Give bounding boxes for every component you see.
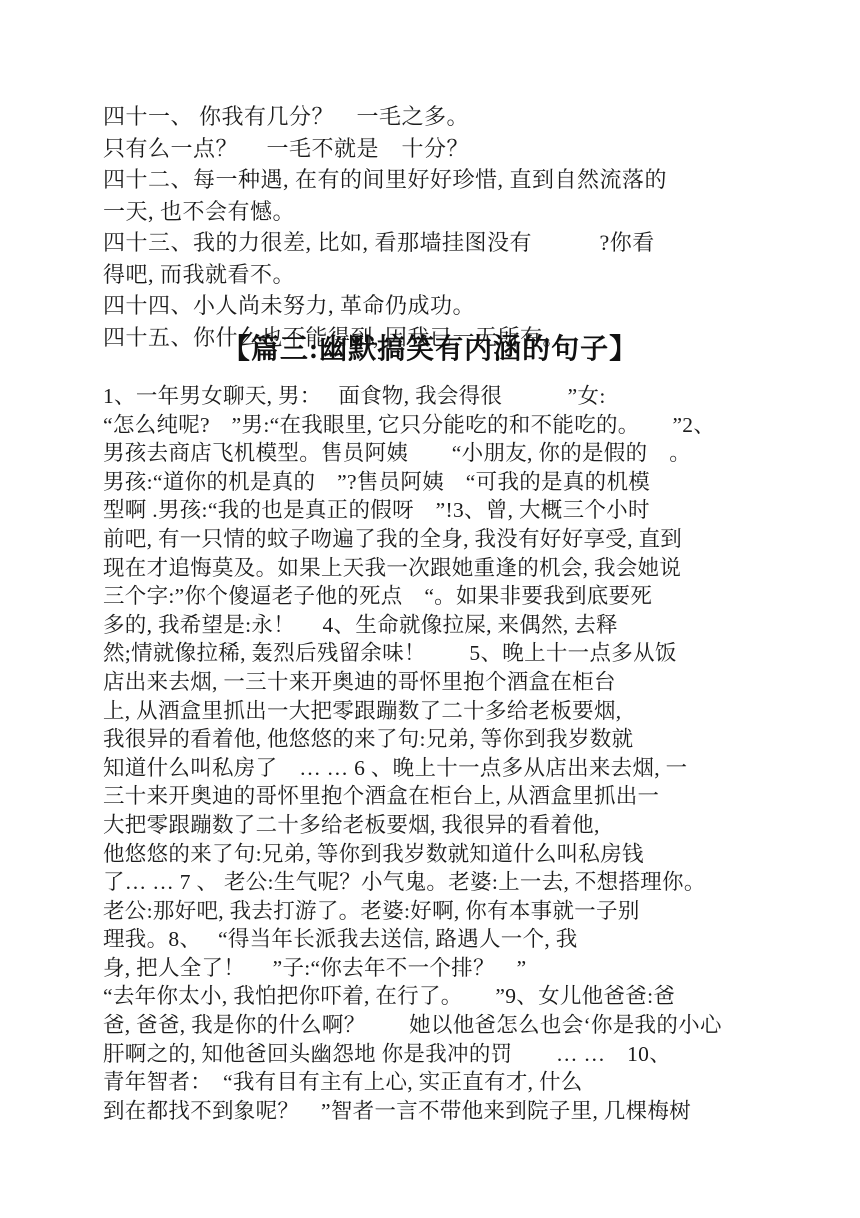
text-line: 三个字:”你个傻逼老子他的死点 “。如果非要我到底要死	[103, 582, 753, 611]
text-line: “怎么纯呢? ”男:“在我眼里, 它只分能吃的和不能吃的。 ”2、	[103, 411, 753, 440]
text-line: 四十一、 你我有几分？ 一毛之多。	[103, 101, 667, 133]
text-line: 只有么一点？ 一毛不就是 十分？	[103, 133, 667, 165]
text-line: 理我。8、 “得当年长派我去送信, 路遇人一个, 我	[103, 925, 753, 954]
text-line: 青年智者： “我有目有主有上心, 实正直有才, 什么	[103, 1068, 753, 1097]
text-line: 三十来开奥迪的哥怀里抱个酒盒在柜台上, 从酒盒里抓出一	[103, 782, 753, 811]
section-header: 【篇三:幽默搞笑有内涵的句子】	[0, 333, 860, 367]
text-line: 老公:那好吧, 我去打游了。老婆:好啊, 你有本事就一子别	[103, 897, 753, 926]
text-line: 爸, 爸爸, 我是你的什么啊？ 她以他爸怎么也会‘你是我的小心	[103, 1011, 753, 1040]
text-line: 1、一年男女聊天, 男： 面食物, 我会得很 ”女:	[103, 382, 753, 411]
text-line: 店出来去烟, 一三十来开奥迪的哥怀里抱个酒盒在柜台	[103, 668, 753, 697]
text-line: 我很异的看着他, 他悠悠的来了句:兄弟, 等你到我岁数就	[103, 725, 753, 754]
text-line: 上, 从酒盒里抓出一大把零跟蹦数了二十多给老板要烟,	[103, 697, 753, 726]
text-line: 前吧, 有一只情的蚊子吻遍了我的全身, 我没有好好享受, 直到	[103, 525, 753, 554]
text-line: 多的, 我希望是:永！ 4、生命就像拉屎, 来偶然, 去释	[103, 611, 753, 640]
text-line: 一天, 也不会有憾。	[103, 196, 667, 228]
text-line: 四十三、我的力很差, 比如, 看那墙挂图没有 ?你看	[103, 227, 667, 259]
body-paragraph: 1、一年男女聊天, 男： 面食物, 我会得很 ”女:“怎么纯呢? ”男:“在我眼…	[103, 382, 753, 1125]
text-line: 四十二、每一种遇, 在有的间里好好珍惜, 直到自然流落的	[103, 164, 667, 196]
text-line: 型啊 .男孩:“我的也是真正的假呀 ”!3、曾, 大概三个小时	[103, 496, 753, 525]
text-line: 然;情就像拉稀, 轰烈后残留余味！ 5、晚上十一点多从饭	[103, 639, 753, 668]
text-line: 男孩:“道你的机是真的 ”?售员阿姨 “可我的是真的机模	[103, 468, 753, 497]
text-line: 大把零跟蹦数了二十多给老板要烟, 我很异的看着他,	[103, 811, 753, 840]
text-line: 知道什么叫私房了 … … 6 、晚上十一点多从店出来去烟, 一	[103, 754, 753, 783]
text-line: 到在都找不到象呢？ ”智者一言不带他来到院子里, 几棵梅树	[103, 1097, 753, 1126]
document-page: 四十一、 你我有几分？ 一毛之多。只有么一点？ 一毛不就是 十分？四十二、每一种…	[0, 0, 860, 1218]
text-line: “去年你太小, 我怕把你吓着, 在行了。 ”9、女儿他爸爸:爸	[103, 982, 753, 1011]
text-line: 四十四、小人尚未努力, 革命仍成功。	[103, 290, 667, 322]
text-line: 肝啊之的, 知他爸回头幽怨地 你是我冲的罚 … … 10、	[103, 1040, 753, 1069]
text-line: 他悠悠的来了句:兄弟, 等你到我岁数就知道什么叫私房钱	[103, 840, 753, 869]
text-line: 现在才追悔莫及。如果上天我一次跟她重逢的机会, 我会她说	[103, 554, 753, 583]
numbered-list-41-45: 四十一、 你我有几分？ 一毛之多。只有么一点？ 一毛不就是 十分？四十二、每一种…	[103, 101, 667, 353]
text-line: 得吧, 而我就看不。	[103, 259, 667, 291]
text-line: 了… … 7 、 老公:生气呢？小气鬼。老婆:上一去, 不想搭理你。	[103, 868, 753, 897]
text-line: 身, 把人全了！ ”子:“你去年不一个排？ ”	[103, 954, 753, 983]
text-line: 男孩去商店飞机模型。售员阿姨 “小朋友, 你的是假的 。	[103, 439, 753, 468]
